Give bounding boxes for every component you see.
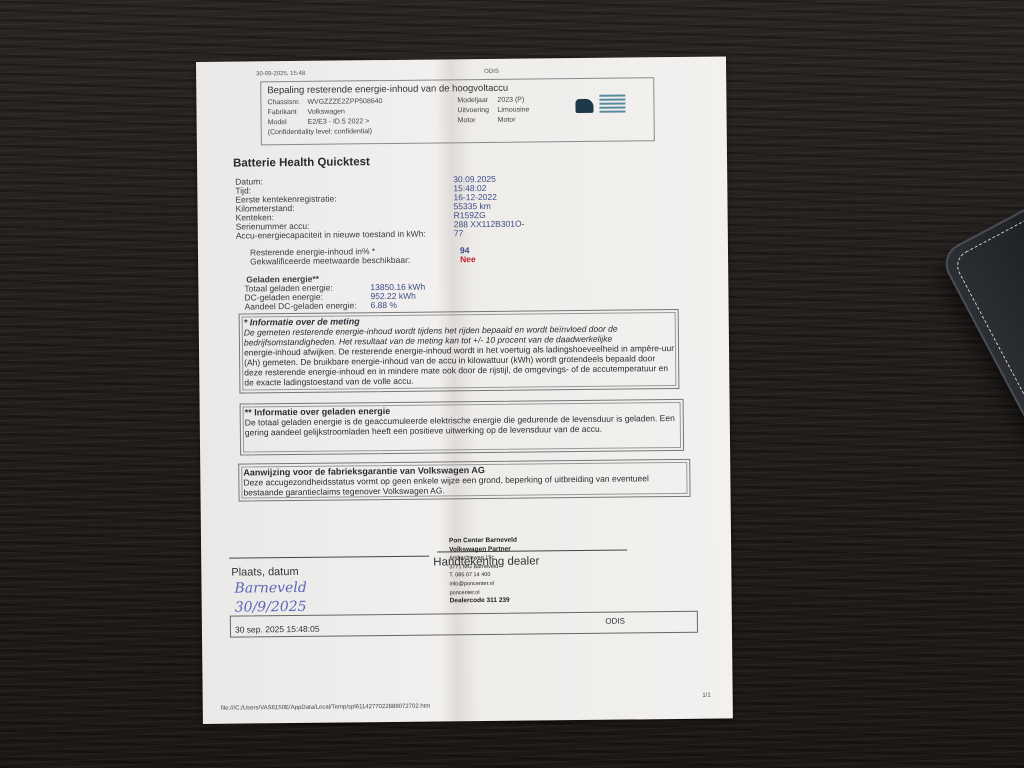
uitvoering-label: Uitvoering xyxy=(457,107,497,114)
handwritten-place: Barneveld xyxy=(234,580,306,597)
charged-values: 13850.16 kWh 952.22 kWh 6.88 % xyxy=(370,283,425,311)
handwritten-date: 30/9/2025 xyxy=(235,599,307,616)
charged-labels: Totaal geladen energie: DC-geladen energ… xyxy=(244,283,356,311)
dealer-stamp: Pon Center Barneveld Volkswagen Partner … xyxy=(449,537,518,606)
model-label: Model xyxy=(268,119,308,126)
charged-label: Aandeel DC-geladen energie: xyxy=(245,301,357,311)
qualified-value: Nee xyxy=(460,255,476,264)
info-meting-body: energie-inhoud afwijken. De resterende e… xyxy=(244,343,674,388)
report-title: Batterie Health Quicktest xyxy=(233,156,370,169)
uitvoering-value: Limousine xyxy=(497,106,557,114)
modeljaar-value: 2023 (P) xyxy=(497,96,557,104)
odis-label: ODIS xyxy=(605,617,625,626)
modeljaar-label: Modeljaar xyxy=(457,97,497,104)
info-geladen-body: De totaal geladen energie is de geaccumu… xyxy=(245,413,679,438)
fabrikant-label: Fabrikant xyxy=(267,109,307,116)
field-value: 77 xyxy=(454,229,525,239)
print-app-name: ODIS xyxy=(484,69,499,75)
model-value: E2/E3 - ID.5 2022 > xyxy=(308,117,458,126)
confidentiality-note: (Confidentiality level: confidential) xyxy=(268,125,648,136)
chassis-value: WVGZZZE2ZPP508640 xyxy=(307,97,457,106)
qualified-label: Gekwalificeerde meetwaarde beschikbaar: xyxy=(250,256,410,267)
fabrikant-value: Volkswagen xyxy=(307,107,457,116)
motor-value: Motor xyxy=(498,116,558,124)
report-field-values: 30.09.2025 15:48:02 16-12-2022 55335 km … xyxy=(453,175,524,239)
printed-datetime: 30 sep. 2025 15:48:05 xyxy=(235,624,320,635)
report-field-labels: Datum: Tijd: Eerste kentekenregistratie:… xyxy=(235,176,426,241)
info-meting-box: * Informatie over de meting De gemeten r… xyxy=(239,309,680,394)
print-header: 30-09-2025, 15:48 ODIS xyxy=(256,67,706,78)
plaats-datum-label: Plaats, datum xyxy=(231,566,298,579)
printed-datetime-box: 30 sep. 2025 15:48:05 ODIS xyxy=(230,611,698,638)
footer-file-path: file:///C:/Users/VAS6150E/AppData/Local/… xyxy=(221,704,431,712)
field-label: Accu-energiecapaciteit in nieuwe toestan… xyxy=(236,230,426,241)
field-value: 288 XX112B301O- xyxy=(454,220,525,230)
motor-label: Motor xyxy=(458,117,498,124)
stamp-name: Pon Center Barneveld xyxy=(449,537,517,546)
stamp-dealercode: Dealercode 311 239 xyxy=(450,597,518,606)
garantie-body: Deze accugezondheidsstatus vormt op geen… xyxy=(243,473,685,498)
vehicle-info-box: Bepaling resterende energie-inhoud van d… xyxy=(260,77,655,145)
print-timestamp: 30-09-2025, 15:48 xyxy=(256,71,305,78)
leather-wallet xyxy=(938,197,1024,471)
signature-line-left xyxy=(229,556,429,559)
garantie-box: Aanwijzing voor de fabrieksgarantie van … xyxy=(238,459,690,502)
charged-value: 6.88 % xyxy=(371,301,426,311)
chassis-label: Chassisnr. xyxy=(267,99,307,106)
stamp-sub: Volkswagen Partner xyxy=(449,545,517,554)
info-geladen-box: ** Informatie over geladen energie De to… xyxy=(240,399,685,456)
ev-charging-car-icon xyxy=(575,92,635,121)
printed-report-sheet: 30-09-2025, 15:48 ODIS Bepaling resteren… xyxy=(196,56,733,724)
page-number: 1/1 xyxy=(702,693,710,699)
